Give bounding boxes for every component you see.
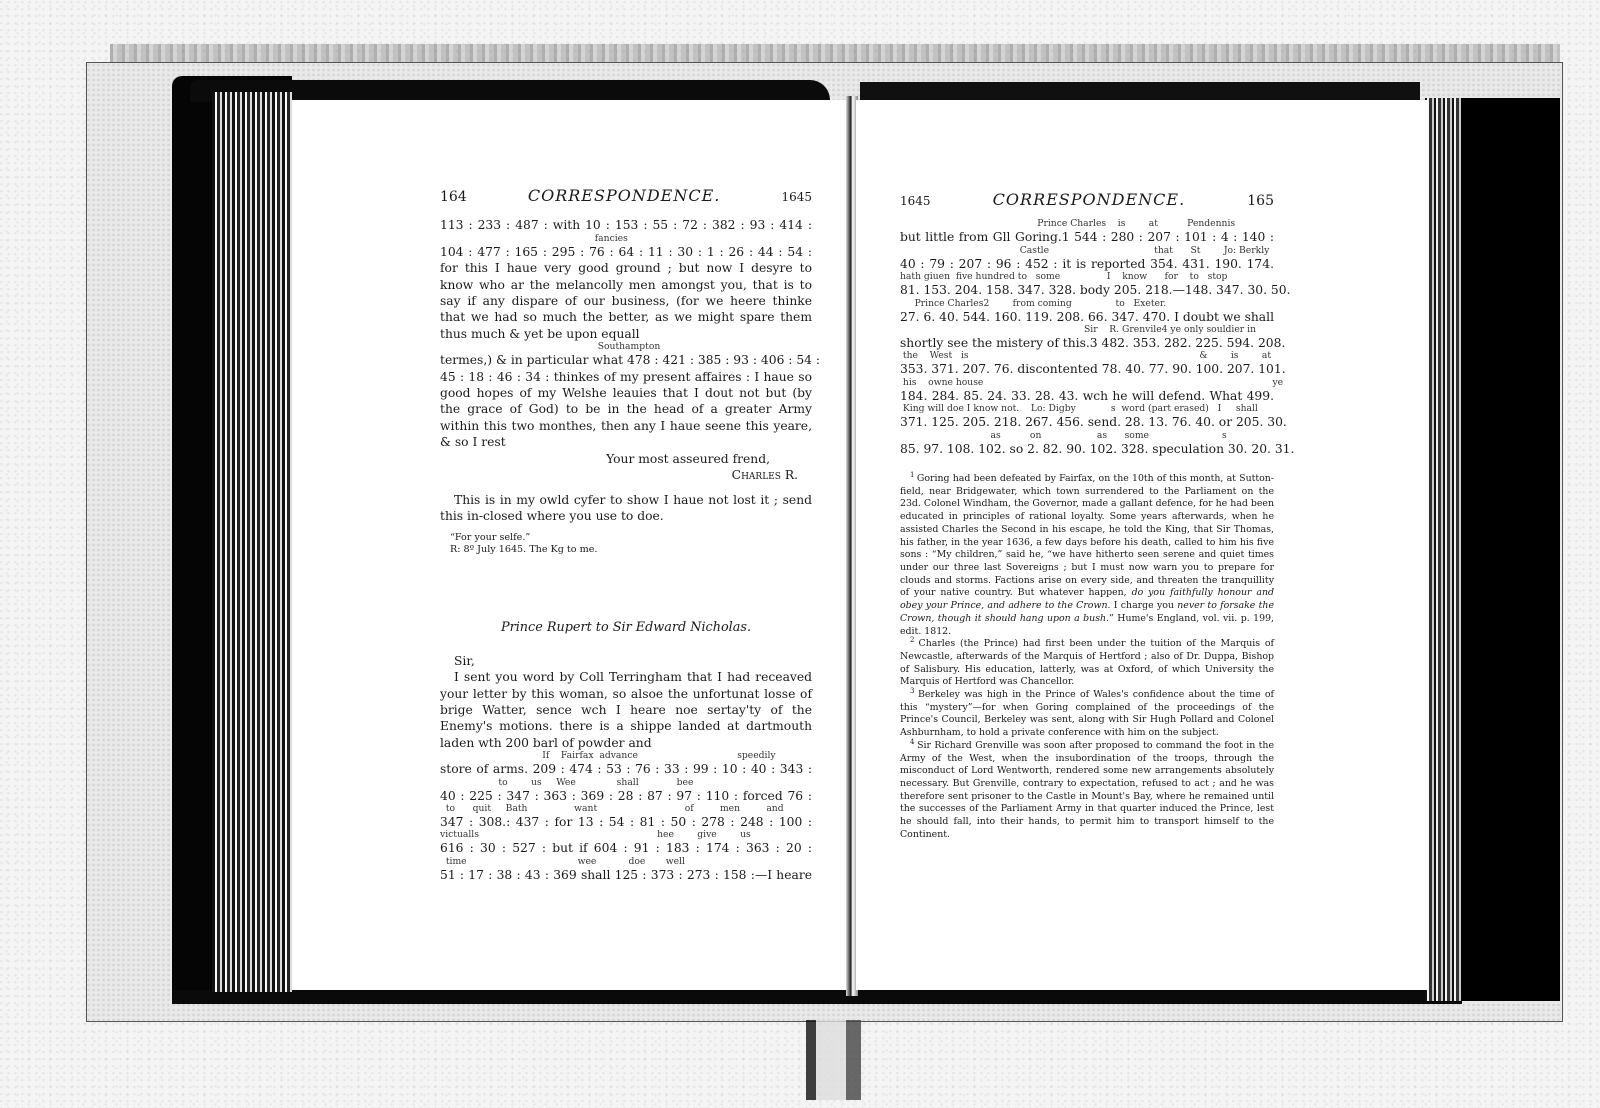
footnote: 4 Sir Richard Grenville was soon after p… — [900, 740, 1274, 842]
letter-heading: Prince Rupert to Sir Edward Nicholas. — [440, 620, 812, 636]
cipher-gloss: his owne house ye — [900, 378, 1274, 388]
book-binding-bottom — [172, 990, 1462, 1004]
right-page: 1645 CORRESPONDENCE. 165 Prince Charles … — [856, 100, 1428, 990]
cipher-line: 371. 125. 205. 218. 267. 456. send. 28. … — [900, 414, 1274, 430]
running-year: 1645 — [900, 193, 931, 209]
book-binding-right — [1452, 98, 1560, 1001]
page-edges-right — [1425, 98, 1461, 1001]
body-line: termes,) & in particular what 478 : 421 … — [440, 352, 812, 368]
running-head-left: 164 CORRESPONDENCE. 1645 — [440, 188, 812, 205]
footnote-mark: 1 — [910, 471, 917, 479]
cipher-gloss: hath giuen five hundred to some I know f… — [900, 272, 1274, 282]
cipher-block-1: 113 : 233 : 487 : with 10 : 153 : 55 : 7… — [440, 215, 812, 260]
body-paragraph: 45 : 18 : 46 : 34 : thinkes of my presen… — [440, 369, 812, 451]
footnote-text: Sir Richard Grenville was soon after pro… — [900, 740, 1274, 840]
running-year: 1645 — [781, 189, 812, 205]
cipher-line: but little from Gll Goring.1 544 : 280 :… — [900, 229, 1274, 245]
cipher-gloss: If Fairfax advance speedily — [440, 751, 812, 761]
running-title: CORRESPONDENCE. — [528, 188, 721, 204]
footnotes: 1 Goring had been defeated by Fairfax, o… — [900, 473, 1274, 841]
body-paragraph: for this I haue very good ground ; but n… — [440, 260, 812, 342]
footnote-text: I charge you — [1111, 600, 1178, 611]
cipher-gloss: fancies — [440, 234, 812, 244]
cipher-gloss: to quit Bath want of men and — [440, 804, 812, 814]
left-page: 164 CORRESPONDENCE. 1645 113 : 233 : 487… — [292, 100, 847, 990]
footnote-mark: 3 — [910, 687, 918, 695]
cipher-line: store of arms. 209 : 474 : 53 : 76 : 33 … — [440, 761, 812, 777]
salutation: Sir, — [440, 653, 812, 669]
footnote-mark: 2 — [910, 636, 919, 644]
cipher-gloss: Southampton — [440, 342, 812, 352]
endorsement: “For your selfe.” — [440, 532, 812, 544]
cipher-gloss: to us Wee shall bee — [440, 778, 812, 788]
cipher-line: 27. 6. 40. 544. 160. 119. 208. 66. 347. … — [900, 309, 1274, 325]
footnote-text: Berkeley was high in the Prince of Wales… — [900, 689, 1274, 738]
running-title: CORRESPONDENCE. — [993, 192, 1186, 208]
cipher-line: 113 : 233 : 487 : with 10 : 153 : 55 : 7… — [440, 217, 812, 233]
book-binding-top-right — [860, 82, 1420, 100]
cipher-line: 347 : 308.: 437 : for 13 : 54 : 81 : 50 … — [440, 814, 812, 830]
cipher-gloss: King will doe I know not. Lo: Digby s wo… — [900, 404, 1274, 414]
letter-body: I sent you word by Coll Terringham that … — [440, 669, 812, 751]
cipher-line: 616 : 30 : 527 : but if 604 : 91 : 183 :… — [440, 840, 812, 856]
running-head-right: 1645 CORRESPONDENCE. 165 — [900, 192, 1274, 209]
footnote: 2 Charles (the Prince) had first been un… — [900, 638, 1274, 689]
cipher-line: 81. 153. 204. 158. 347. 328. body 205. 2… — [900, 282, 1274, 298]
postscript: This is in my owld cyfer to show I haue … — [440, 492, 812, 525]
footnote: 3 Berkeley was high in the Prince of Wal… — [900, 689, 1274, 740]
cipher-block-3: Prince Charles is at Pendennisbut little… — [900, 219, 1274, 457]
cipher-line: 85. 97. 108. 102. so 2. 82. 90. 102. 328… — [900, 441, 1274, 457]
left-page-text: 164 CORRESPONDENCE. 1645 113 : 233 : 487… — [440, 188, 812, 883]
cipher-gloss: Prince Charles2 from coming to Exeter. — [900, 299, 1274, 309]
cipher-gloss: Prince Charles is at Pendennis — [900, 219, 1274, 229]
cipher-gloss: the West is & is at — [900, 351, 1274, 361]
footnote-text: Goring had been defeated by Fairfax, on … — [900, 473, 1274, 598]
cipher-line: shortly see the mistery of this.3 482. 3… — [900, 335, 1274, 351]
endorsement: R: 8º July 1645. The Kg to me. — [440, 544, 812, 556]
cipher-line: 51 : 17 : 38 : 43 : 369 shall 125 : 373 … — [440, 867, 812, 883]
cipher-gloss: Castle that St Jo: Berkly — [900, 246, 1274, 256]
cipher-gloss: Sir R. Grenvile4 ye only souldier in — [900, 325, 1274, 335]
page-edges-left — [212, 92, 292, 992]
book-spine — [806, 1020, 866, 1100]
cipher-gloss: as on as some s — [900, 431, 1274, 441]
cipher-line: 40 : 79 : 207 : 96 : 452 : it is reporte… — [900, 256, 1274, 272]
cipher-block-2: If Fairfax advance speedilystore of arms… — [440, 751, 812, 883]
right-page-text: 1645 CORRESPONDENCE. 165 Prince Charles … — [900, 192, 1274, 841]
footnote-text: Charles (the Prince) had first been unde… — [900, 638, 1274, 687]
cipher-line: 40 : 225 : 347 : 363 : 369 : 28 : 87 : 9… — [440, 788, 812, 804]
cipher-gloss: victualls hee give us — [440, 830, 812, 840]
page-number: 164 — [440, 189, 467, 205]
cipher-line: 353. 371. 207. 76. discontented 78. 40. … — [900, 361, 1274, 377]
cipher-line: 184. 284. 85. 24. 33. 28. 43. wch he wil… — [900, 388, 1274, 404]
letter-signature: Charles R. — [440, 467, 812, 483]
cipher-gloss: time wee doe well — [440, 857, 812, 867]
page-number: 165 — [1247, 193, 1274, 209]
letter-closing: Your most assеured frend, — [440, 451, 812, 467]
footnote: 1 Goring had been defeated by Fairfax, o… — [900, 473, 1274, 638]
cipher-line: 104 : 477 : 165 : 295 : 76 : 64 : 11 : 3… — [440, 244, 812, 260]
